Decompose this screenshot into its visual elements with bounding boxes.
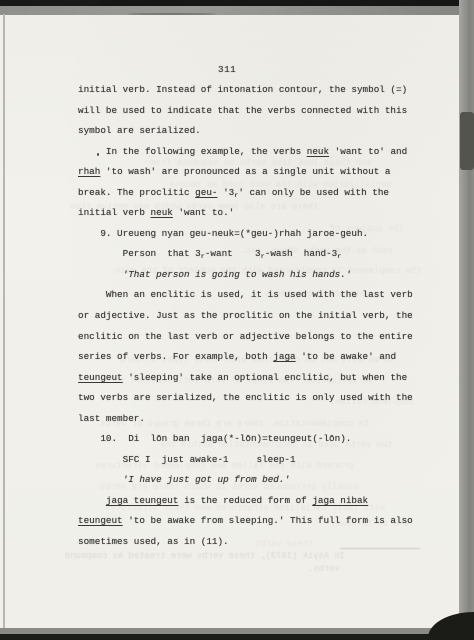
scan-edge-right: [459, 0, 474, 640]
text-line: 9. Ureueng nyan geu-neuk=(*geu-)rhah jar…: [78, 224, 438, 245]
text-line: Person that 3r-want 3r-wash hand-3r: [78, 244, 438, 265]
underlined-word: teungeut: [78, 372, 123, 383]
text-segment: last member.: [78, 413, 145, 424]
text-line: 'I have just got up from bed.': [78, 470, 438, 491]
text-segment: In the following example, the verbs: [78, 146, 307, 157]
text-line: two verbs are serialized, the enclitic i…: [78, 388, 438, 409]
ink-speck: [97, 153, 99, 156]
scan-edge-bottom: [0, 634, 474, 640]
text-line: 10. Di lōn ban jaga(*-lōn)=teungeut(-lōn…: [78, 429, 438, 450]
text-segment: sometimes used, as in (11).: [78, 536, 229, 547]
text-segment: ' can only be used with the: [238, 187, 389, 198]
text-segment: 10. Di lōn ban jaga(*-lōn)=teungeut(-lōn…: [78, 433, 351, 444]
text-segment: Person that 3: [78, 248, 201, 259]
underlined-word: neuk: [151, 207, 173, 218]
text-line: enclitic on the last verb or adjective b…: [78, 327, 438, 348]
text-line: In the following example, the verbs neuk…: [78, 142, 438, 163]
underlined-word: geu-: [195, 187, 217, 198]
text-segment: initial verb: [78, 207, 151, 218]
text-line: initial verb. Instead of intonation cont…: [78, 80, 438, 101]
text-line: symbol are serialized.: [78, 121, 438, 142]
text-line: When an enclitic is used, it is used wit…: [78, 285, 438, 306]
text-line: will be used to indicate that the verbs …: [78, 101, 438, 122]
page-number: 311: [218, 64, 236, 75]
text-segment: enclitic on the last verb or adjective b…: [78, 331, 413, 342]
text-segment: SFC I just awake-1 sleep-1: [78, 454, 296, 465]
underlined-word: teungeut: [78, 515, 123, 526]
text-segment: [78, 474, 123, 485]
text-segment: [78, 495, 106, 506]
underlined-word: jaga teungeut: [106, 495, 179, 506]
text-segment: or adjective. Just as the proclitic on t…: [78, 310, 413, 321]
text-line: last member.: [78, 409, 438, 430]
text-line: SFC I just awake-1 sleep-1: [78, 450, 438, 471]
text-line: initial verb neuk 'want to.': [78, 203, 438, 224]
text-line: series of verbs. For example, both jaga …: [78, 347, 438, 368]
text-segment: r: [337, 254, 341, 262]
scan-edge-left: [3, 14, 5, 628]
text-segment: will be used to indicate that the verbs …: [78, 105, 407, 116]
underlined-word: jaga: [273, 351, 295, 362]
bleedthrough-fragment: verbs.: [308, 564, 340, 574]
text-line: or adjective. Just as the proclitic on t…: [78, 306, 438, 327]
text-segment: 'I have just got up from bed.': [123, 474, 290, 485]
text-segment: series of verbs. For example, both: [78, 351, 273, 362]
text-segment: symbol are serialized.: [78, 125, 201, 136]
text-segment: 'to be awake' and: [296, 351, 396, 362]
text-segment: 'sleeping' take an optional enclitic, bu…: [123, 372, 408, 383]
text-segment: -want 3: [205, 248, 261, 259]
text-line: sometimes used, as in (11).: [78, 532, 438, 553]
text-line: teungeut 'to be awake from sleeping.' Th…: [78, 511, 438, 532]
text-segment: two verbs are serialized, the enclitic i…: [78, 392, 413, 403]
text-segment: 'want to.': [173, 207, 234, 218]
underlined-word: neuk: [307, 146, 329, 157]
text-segment: 'That person is going to wash his hands.…: [123, 269, 352, 280]
scan-band-top: [0, 6, 474, 15]
text-line: break. The proclitic geu- '3r' can only …: [78, 183, 438, 204]
text-segment: When an enclitic is used, it is used wit…: [78, 289, 413, 300]
page-surface: 311 and these look like verbs in sequenc…: [5, 14, 459, 628]
scanned-book-page: 311 and these look like verbs in sequenc…: [0, 0, 474, 640]
text-segment: 9. Ureueng nyan geu-neuk=(*geu-)rhah jar…: [78, 228, 368, 239]
scan-curve-mark: [128, 13, 216, 15]
underlined-word: jaga nibak: [312, 495, 368, 506]
scan-edge-right-shadow: [460, 112, 474, 170]
text-segment: initial verb. Instead of intonation cont…: [78, 84, 407, 95]
page-text: initial verb. Instead of intonation cont…: [78, 80, 438, 553]
text-line: teungeut 'sleeping' take an optional enc…: [78, 368, 438, 389]
underlined-word: rhah: [78, 166, 100, 177]
text-segment: 'want to' and: [329, 146, 407, 157]
text-segment: [78, 269, 123, 280]
text-segment: '3: [218, 187, 235, 198]
text-line: 'That person is going to wash his hands.…: [78, 265, 438, 286]
text-line: rhah 'to wash' are pronounced as a singl…: [78, 162, 438, 183]
text-segment: is the reduced form of: [178, 495, 312, 506]
text-segment: 'to be awake from sleeping.' This full f…: [123, 515, 413, 526]
text-segment: break. The proclitic: [78, 187, 195, 198]
text-segment: 'to wash' are pronounced as a single uni…: [100, 166, 390, 177]
text-line: jaga teungeut is the reduced form of jag…: [78, 491, 438, 512]
text-segment: -wash hand-3: [265, 248, 338, 259]
